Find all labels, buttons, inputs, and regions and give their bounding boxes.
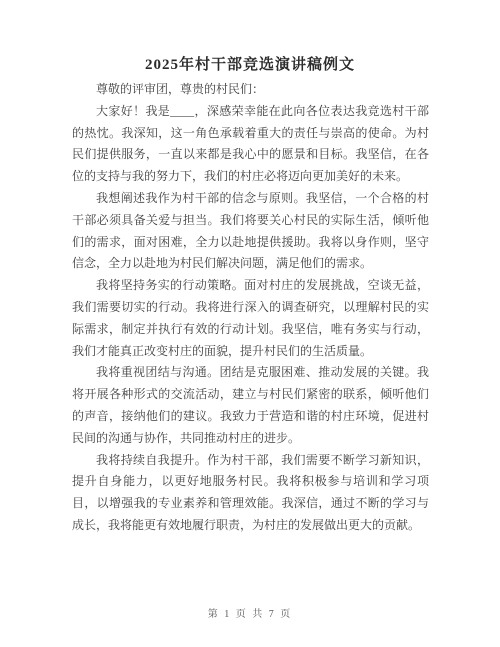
document-body: 尊敬的评审团，尊贵的村民们： 大家好！我是____，深感荣幸能在此向各位表达我竞…	[72, 79, 429, 537]
paragraph-intro: 大家好！我是____，深感荣幸能在此向各位表达我竞选村干部的热忱。我深知，这一角…	[72, 101, 429, 188]
paragraph-beliefs: 我想阐述我作为村干部的信念与原则。我坚信，一个合格的村干部必须具备关爱与担当。我…	[72, 188, 429, 275]
salutation-line: 尊敬的评审团，尊贵的村民们：	[72, 79, 429, 101]
document-page: 2025年村干部竞选演讲稿例文 尊敬的评审团，尊贵的村民们： 大家好！我是___…	[0, 0, 500, 647]
document-title: 2025年村干部竞选演讲稿例文	[0, 53, 500, 74]
paragraph-unity-communication: 我将重视团结与沟通。团结是克服困难、推动发展的关键。我将开展各种形式的交流活动，…	[72, 362, 429, 449]
paragraph-pragmatic-action: 我将坚持务实的行动策略。面对村庄的发展挑战，空谈无益，我们需要切实的行动。我将进…	[72, 275, 429, 362]
paragraph-self-improvement: 我将持续自我提升。作为村干部，我们需要不断学习新知识，提升自身能力，以更好地服务…	[72, 450, 429, 537]
page-number-footer: 第 1 页 共 7 页	[0, 605, 500, 620]
